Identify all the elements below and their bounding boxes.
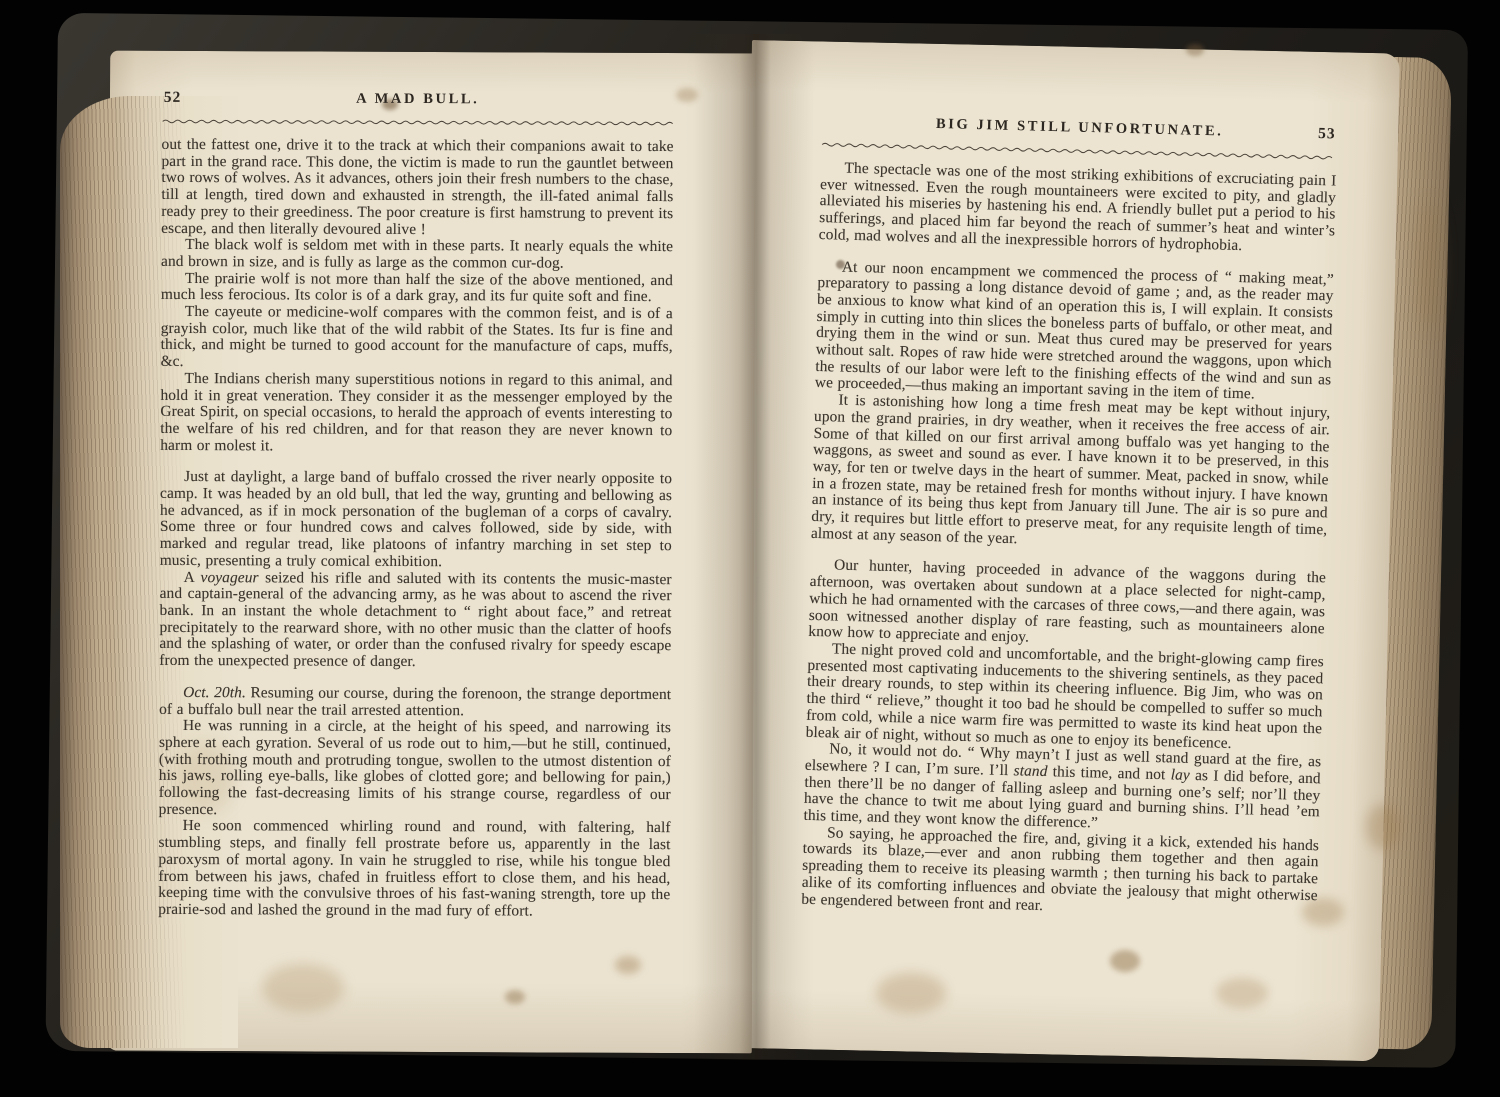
paragraph: The Indians cherish many superstitious n… (160, 371, 672, 457)
left-running-head: 52 A MAD BULL. (162, 89, 674, 113)
paragraph: A voyageur seized his rifle and saluted … (159, 569, 671, 671)
paragraph: out the fattest one, drive it to the tra… (161, 137, 673, 239)
paragraph: The night proved cold and uncomfortable,… (806, 641, 1324, 755)
paragraph: No, it would not do. “ Why mayn’t I just… (803, 741, 1321, 838)
paragraph: So saying, he approached the fire, and, … (801, 824, 1319, 921)
paragraph: It is astonishing how long a time fresh … (811, 392, 1331, 556)
left-page-print: 52 A MAD BULL. out the fattest one, driv… (158, 89, 674, 921)
paragraph: He was running in a circle, at the heigh… (159, 718, 671, 820)
paragraph: The black wolf is seldom met with in the… (161, 237, 673, 273)
paragraph: The prairie wolf is not more than half t… (161, 271, 673, 307)
right-page-print: BIG JIM STILL UNFORTUNATE. 53 The specta… (801, 112, 1338, 921)
paragraph: At our noon encampment we commenced the … (815, 258, 1334, 405)
book-photo: 52 A MAD BULL. out the fattest one, driv… (0, 0, 1500, 1097)
paragraph: The spectacle was one of the most striki… (819, 160, 1337, 257)
right-page-number: 53 (1318, 125, 1336, 143)
left-running-title: A MAD BULL. (162, 90, 674, 109)
paragraph: He soon commenced whirling round and rou… (158, 818, 670, 920)
left-page-body: out the fattest one, drive it to the tra… (158, 137, 673, 921)
paragraph: The cayeute or medicine-wolf compares wi… (161, 304, 673, 373)
book-gutter-shadow (694, 34, 814, 1060)
wavy-rule (162, 117, 674, 127)
paragraph: Oct. 20th. Resuming our course, during t… (159, 685, 671, 721)
paragraph: Just at daylight, a large band of buffal… (160, 469, 672, 571)
right-page-body: The spectacle was one of the most striki… (801, 160, 1336, 921)
paragraph: Our hunter, having proceeded in advance … (808, 557, 1326, 654)
